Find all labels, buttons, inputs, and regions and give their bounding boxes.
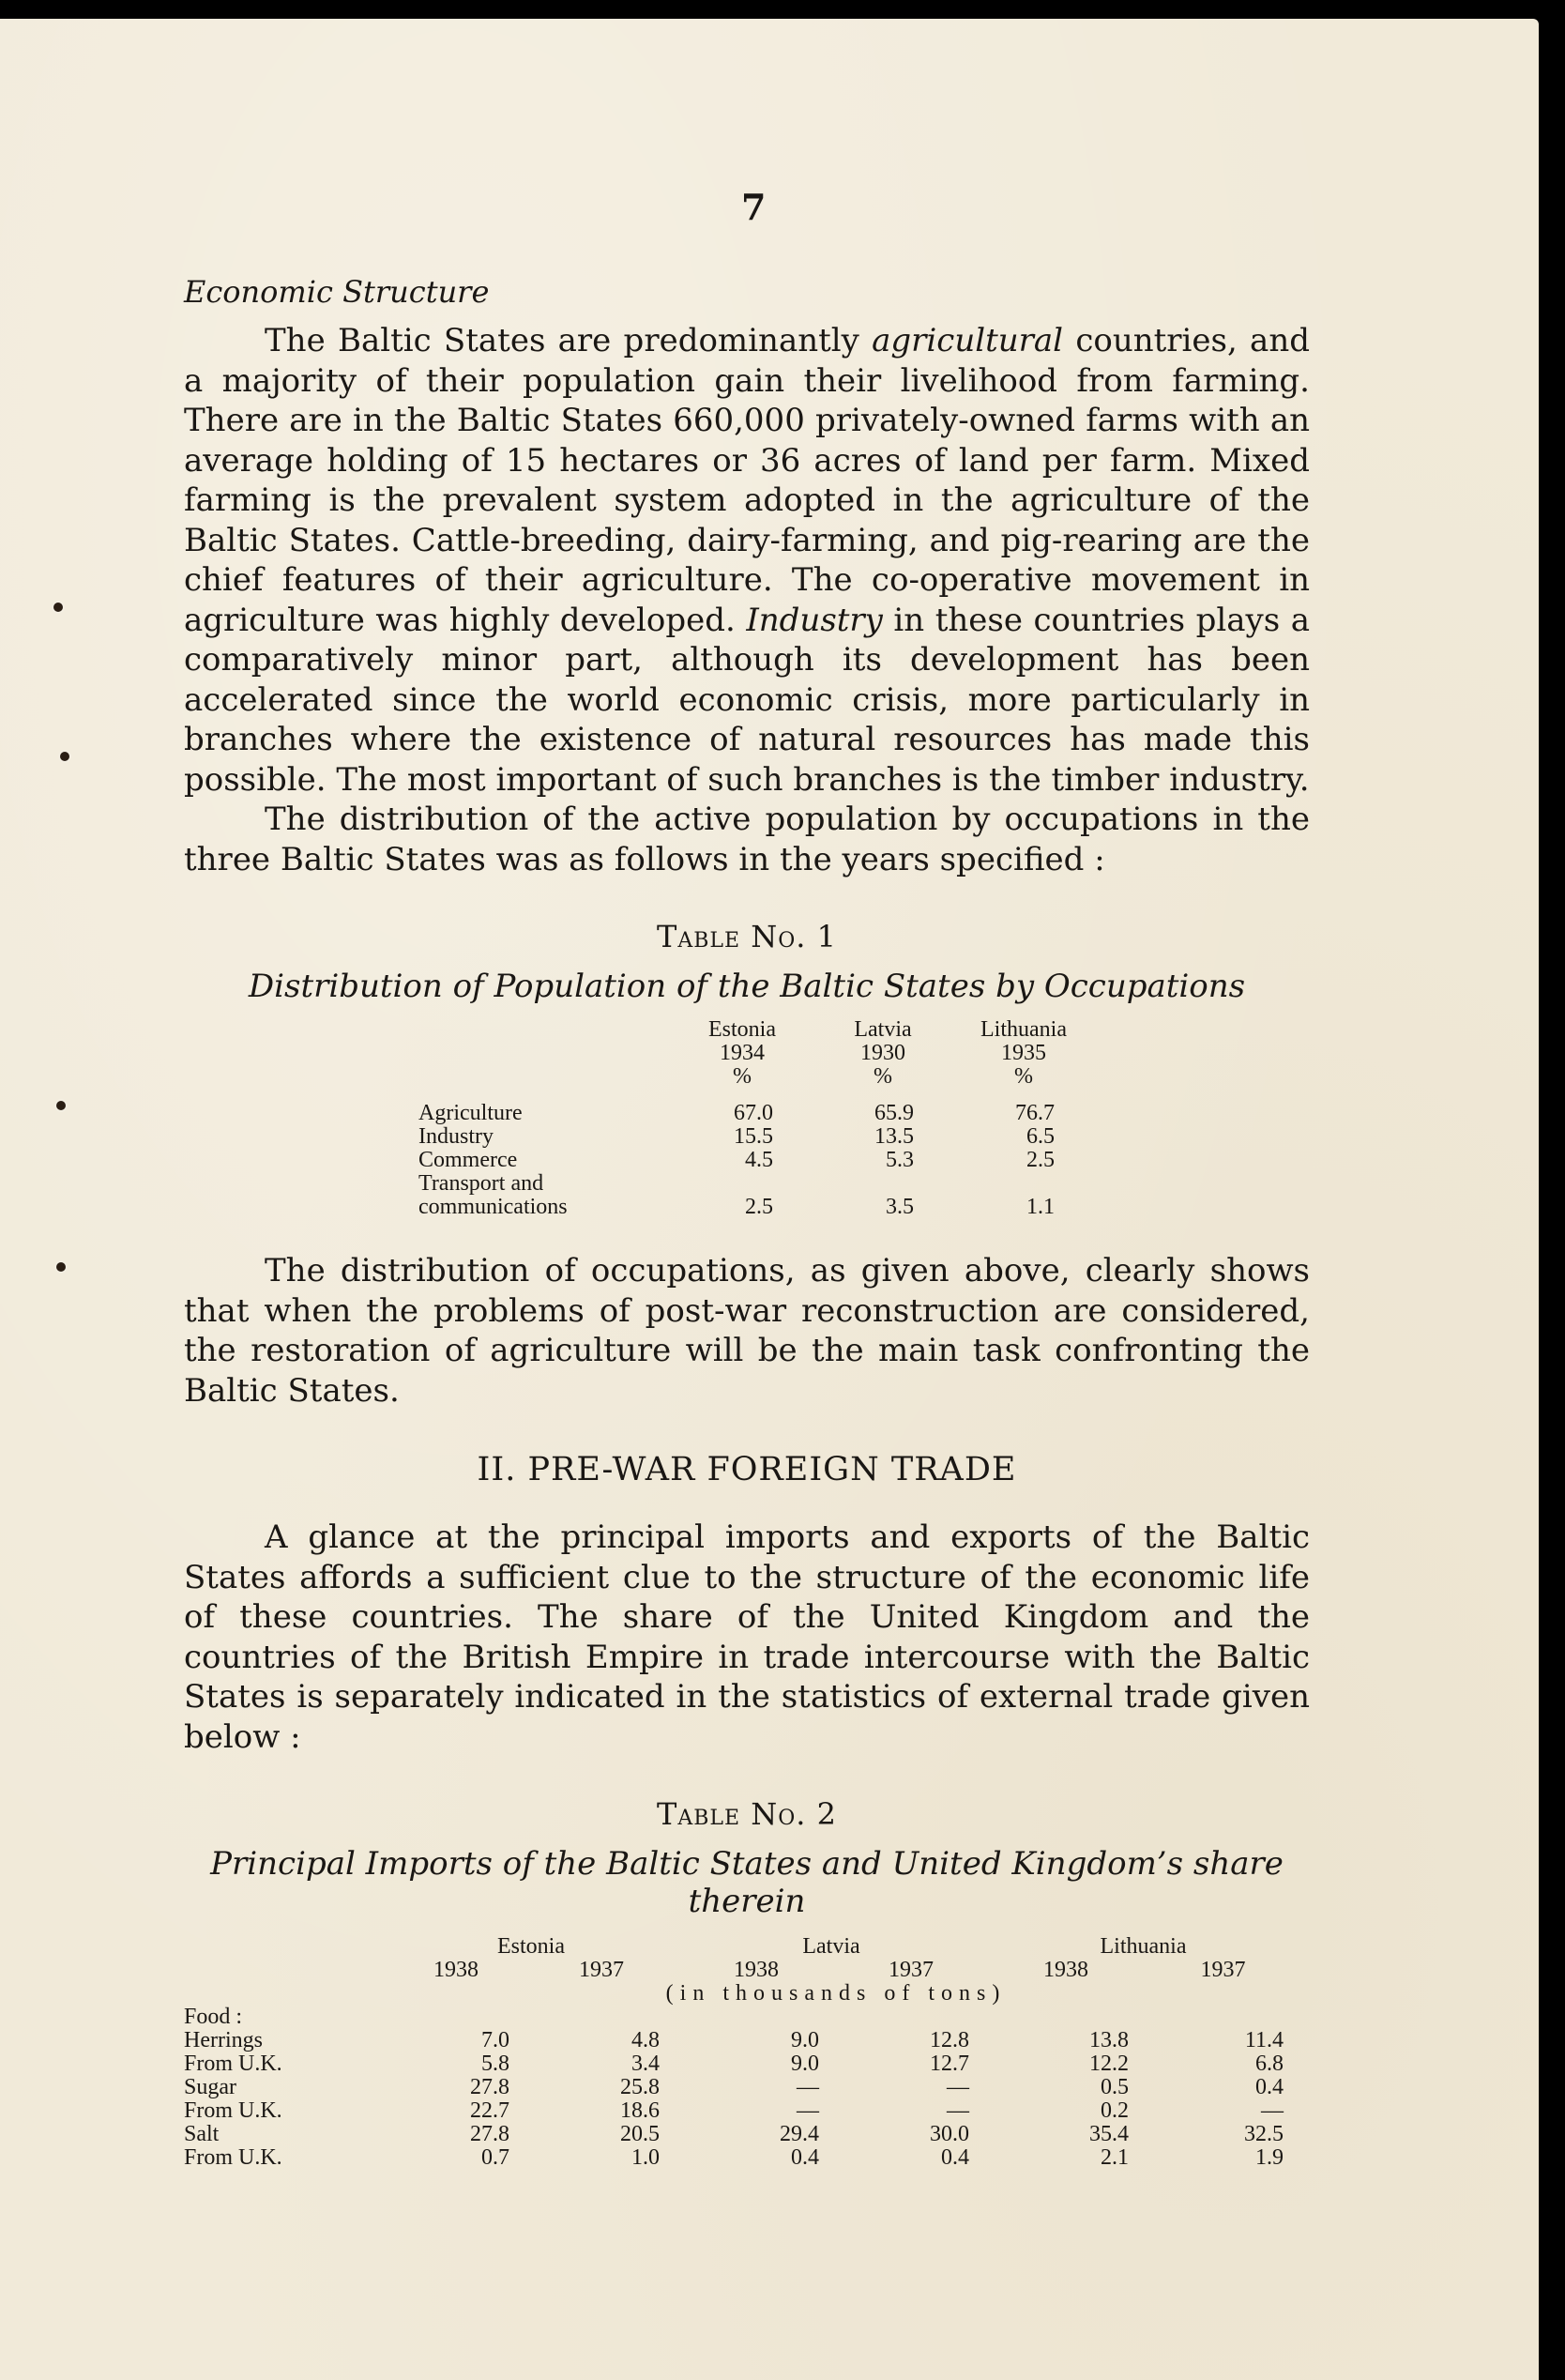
- col-header-year: 1937: [836, 1959, 986, 1982]
- col-header-year: 1930: [813, 1042, 953, 1065]
- cell: 4.8: [526, 2029, 676, 2052]
- cell: 2.5: [672, 1196, 813, 1219]
- cell: 76.7: [953, 1102, 1094, 1125]
- cell: 0.7: [386, 2146, 526, 2170]
- col-header-year: 1935: [953, 1042, 1094, 1065]
- table1-caption: Distribution of Population of the Baltic…: [184, 968, 1310, 1005]
- row-label: Sugar: [184, 2076, 386, 2099]
- row-label-continued: communications: [418, 1196, 672, 1219]
- col-group-country: Estonia: [386, 1935, 676, 1959]
- document-page: 7 Economic Structure The Baltic States a…: [0, 19, 1539, 2380]
- unit-note: (in thousands of tons): [526, 1982, 1146, 2006]
- cell: 5.8: [386, 2052, 526, 2076]
- col-header-unit: %: [953, 1065, 1094, 1089]
- cell: 18.6: [526, 2099, 676, 2123]
- cell: 0.4: [1146, 2076, 1300, 2099]
- col-header-country: Latvia: [813, 1018, 953, 1042]
- cell: 27.8: [386, 2076, 526, 2099]
- binding-hole: [60, 752, 69, 761]
- table-row: Salt 27.8 20.5 29.4 30.0 35.4 32.5: [184, 2123, 1300, 2146]
- table2-label: Table No. 2: [184, 1794, 1310, 1834]
- cell: 9.0: [676, 2052, 836, 2076]
- cell: —: [836, 2099, 986, 2123]
- section-title: Economic Structure: [184, 272, 1310, 312]
- col-header-unit: %: [672, 1065, 813, 1089]
- cell: 11.4: [1146, 2029, 1300, 2052]
- cell: 1.1: [953, 1196, 1094, 1219]
- row-label: Transport and: [418, 1172, 672, 1196]
- col-header-year: 1937: [526, 1959, 676, 1982]
- row-group-label: Food :: [184, 2006, 386, 2029]
- paragraph-economic-structure: The Baltic States are predominantly agri…: [184, 321, 1310, 800]
- table2-imports: Estonia Latvia Lithuania 1938 1937 1938 …: [184, 1935, 1300, 2170]
- table-row: Herrings 7.0 4.8 9.0 12.8 13.8 11.4: [184, 2029, 1300, 2052]
- cell: 4.5: [672, 1149, 813, 1172]
- row-label: From U.K.: [184, 2099, 386, 2123]
- cell: 0.2: [986, 2099, 1146, 2123]
- cell: 65.9: [813, 1102, 953, 1125]
- cell: 5.3: [813, 1149, 953, 1172]
- table-row: From U.K. 0.7 1.0 0.4 0.4 2.1 1.9: [184, 2146, 1300, 2170]
- paragraph-distribution-intro: The distribution of the active populatio…: [184, 800, 1310, 879]
- emphasis-agricultural: agricultural: [872, 322, 1063, 359]
- emphasis-industry: Industry: [746, 602, 883, 639]
- cell: 30.0: [836, 2123, 986, 2146]
- page-content: Economic Structure The Baltic States are…: [184, 272, 1310, 2170]
- cell: 6.8: [1146, 2052, 1300, 2076]
- cell: 0.4: [836, 2146, 986, 2170]
- col-header-year: 1938: [986, 1959, 1146, 1982]
- table-row: Sugar 27.8 25.8 — — 0.5 0.4: [184, 2076, 1300, 2099]
- cell: —: [676, 2076, 836, 2099]
- page-number: 7: [741, 186, 766, 228]
- row-label: Agriculture: [418, 1102, 672, 1125]
- text-run: countries, and a majority of their popul…: [184, 322, 1310, 639]
- cell: 27.8: [386, 2123, 526, 2146]
- table1-occupations: Estonia Latvia Lithuania 1934 1930 1935 …: [418, 1018, 1094, 1219]
- cell: —: [836, 2076, 986, 2099]
- cell: 35.4: [986, 2123, 1146, 2146]
- table-row: From U.K. 5.8 3.4 9.0 12.7 12.2 6.8: [184, 2052, 1300, 2076]
- cell: 20.5: [526, 2123, 676, 2146]
- cell: 7.0: [386, 2029, 526, 2052]
- col-header-country: Estonia: [672, 1018, 813, 1042]
- col-group-country: Lithuania: [986, 1935, 1300, 1959]
- cell: —: [676, 2099, 836, 2123]
- cell: 2.5: [953, 1149, 1094, 1172]
- table-row: From U.K. 22.7 18.6 — — 0.2 —: [184, 2099, 1300, 2123]
- table1-label: Table No. 1: [184, 917, 1310, 956]
- cell: 3.4: [526, 2052, 676, 2076]
- cell: 32.5: [1146, 2123, 1300, 2146]
- cell: 12.8: [836, 2029, 986, 2052]
- cell: 29.4: [676, 2123, 836, 2146]
- cell: 1.9: [1146, 2146, 1300, 2170]
- cell: 12.2: [986, 2052, 1146, 2076]
- cell: 3.5: [813, 1196, 953, 1219]
- cell: —: [1146, 2099, 1300, 2123]
- col-header-year: 1937: [1146, 1959, 1300, 1982]
- table-row: communications 2.5 3.5 1.1: [418, 1196, 1094, 1219]
- paragraph-distribution-conclusion: The distribution of occupations, as give…: [184, 1251, 1310, 1411]
- col-header-year: 1938: [386, 1959, 526, 1982]
- cell: 0.4: [676, 2146, 836, 2170]
- cell: 13.8: [986, 2029, 1146, 2052]
- row-label: From U.K.: [184, 2146, 386, 2170]
- col-header-year: 1938: [676, 1959, 836, 1982]
- section-heading-foreign-trade: II. PRE-WAR FOREIGN TRADE: [184, 1450, 1310, 1489]
- row-label: Herrings: [184, 2029, 386, 2052]
- col-group-country: Latvia: [676, 1935, 986, 1959]
- binding-hole: [53, 603, 63, 612]
- table2-caption: Principal Imports of the Baltic States a…: [184, 1845, 1310, 1920]
- table-row: Industry 15.5 13.5 6.5: [418, 1125, 1094, 1149]
- cell: 15.5: [672, 1125, 813, 1149]
- row-label: Commerce: [418, 1149, 672, 1172]
- col-header-unit: %: [813, 1065, 953, 1089]
- table-row: Commerce 4.5 5.3 2.5: [418, 1149, 1094, 1172]
- paragraph-foreign-trade: A glance at the principal imports and ex…: [184, 1518, 1310, 1757]
- cell: 9.0: [676, 2029, 836, 2052]
- row-label: From U.K.: [184, 2052, 386, 2076]
- col-header-year: 1934: [672, 1042, 813, 1065]
- table-row: Agriculture 67.0 65.9 76.7: [418, 1102, 1094, 1125]
- cell: 6.5: [953, 1125, 1094, 1149]
- binding-hole: [56, 1101, 66, 1110]
- binding-hole: [56, 1262, 66, 1272]
- row-label: Salt: [184, 2123, 386, 2146]
- cell: 12.7: [836, 2052, 986, 2076]
- col-header-country: Lithuania: [953, 1018, 1094, 1042]
- text-run: The Baltic States are predominantly: [265, 322, 872, 359]
- cell: 25.8: [526, 2076, 676, 2099]
- cell: 13.5: [813, 1125, 953, 1149]
- cell: 0.5: [986, 2076, 1146, 2099]
- cell: 1.0: [526, 2146, 676, 2170]
- cell: 67.0: [672, 1102, 813, 1125]
- cell: 2.1: [986, 2146, 1146, 2170]
- cell: 22.7: [386, 2099, 526, 2123]
- row-label: Industry: [418, 1125, 672, 1149]
- table-row: Transport and: [418, 1172, 1094, 1196]
